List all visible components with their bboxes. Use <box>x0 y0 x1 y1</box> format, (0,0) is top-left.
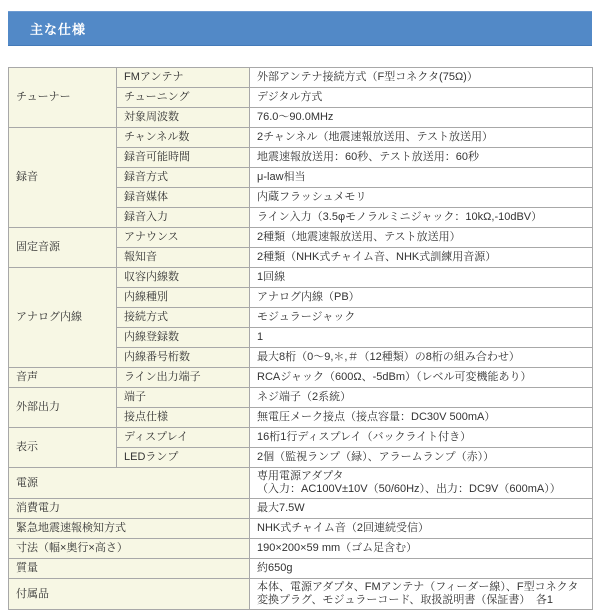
value-cell: 1回線 <box>250 268 593 288</box>
spec-row: 音声ライン出力端子RCAジャック（600Ω、-5dBm）（レベル可変機能あり） <box>9 368 593 388</box>
spec-row: 録音チャンネル数2チャンネル（地震速報放送用、テスト放送用） <box>9 128 593 148</box>
param-cell: アナウンス <box>117 228 250 248</box>
param-cell: 内線登録数 <box>117 328 250 348</box>
param-cell: 録音入力 <box>117 208 250 228</box>
category-cell: 外部出力 <box>9 388 117 428</box>
param-cell: 対象周波数 <box>117 108 250 128</box>
spec-row: 寸法（幅×奥行×高さ）190×200×59 mm（ゴム足含む） <box>9 539 593 559</box>
category-cell: 寸法（幅×奥行×高さ） <box>9 539 250 559</box>
value-cell: 最大7.5W <box>250 499 593 519</box>
value-cell: 専用電源アダプタ （入力：AC100V±10V（50/60Hz）、出力：DC9V… <box>250 468 593 499</box>
value-cell: 2チャンネル（地震速報放送用、テスト放送用） <box>250 128 593 148</box>
category-cell: アナログ内線 <box>9 268 117 368</box>
value-cell: モジュラージャック <box>250 308 593 328</box>
value-cell: 16桁1行ディスプレイ（バックライト付き） <box>250 428 593 448</box>
param-cell: FMアンテナ <box>117 68 250 88</box>
spec-row: 質量約650g <box>9 559 593 579</box>
value-cell: 190×200×59 mm（ゴム足含む） <box>250 539 593 559</box>
param-cell: ライン出力端子 <box>117 368 250 388</box>
spec-row: 固定音源アナウンス2種類（地震速報放送用、テスト放送用） <box>9 228 593 248</box>
value-cell: ライン入力（3.5φモノラルミニジャック：10kΩ,-10dBV） <box>250 208 593 228</box>
section-header: 主な仕様 <box>8 11 592 46</box>
value-cell: RCAジャック（600Ω、-5dBm）（レベル可変機能あり） <box>250 368 593 388</box>
param-cell: 端子 <box>117 388 250 408</box>
value-cell: μ-law相当 <box>250 168 593 188</box>
param-cell: 録音方式 <box>117 168 250 188</box>
category-cell: チューナー <box>9 68 117 128</box>
category-cell: 付属品 <box>9 579 250 610</box>
value-cell: 外部アンテナ接続方式（F型コネクタ(75Ω)） <box>250 68 593 88</box>
param-cell: 接続方式 <box>117 308 250 328</box>
value-cell: 最大8桁（0～9,＊,＃（12種類）の8桁の組み合わせ） <box>250 348 593 368</box>
param-cell: 内線番号桁数 <box>117 348 250 368</box>
param-cell: 録音媒体 <box>117 188 250 208</box>
value-cell: 2種類（NHK式チャイム音、NHK式訓練用音源） <box>250 248 593 268</box>
category-cell: 消費電力 <box>9 499 250 519</box>
category-cell: 表示 <box>9 428 117 468</box>
param-cell: 接点仕様 <box>117 408 250 428</box>
value-cell: 内蔵フラッシュメモリ <box>250 188 593 208</box>
spacer <box>8 46 592 67</box>
param-cell: LEDランプ <box>117 448 250 468</box>
category-cell: 固定音源 <box>9 228 117 268</box>
param-cell: チューニング <box>117 88 250 108</box>
category-cell: 質量 <box>9 559 250 579</box>
param-cell: チャンネル数 <box>117 128 250 148</box>
value-cell: ネジ端子（2系統） <box>250 388 593 408</box>
value-cell: アナログ内線（PB） <box>250 288 593 308</box>
param-cell: 収容内線数 <box>117 268 250 288</box>
spec-row: 電源専用電源アダプタ （入力：AC100V±10V（50/60Hz）、出力：DC… <box>9 468 593 499</box>
value-cell: 約650g <box>250 559 593 579</box>
param-cell: 内線種別 <box>117 288 250 308</box>
spec-row: チューナーFMアンテナ外部アンテナ接続方式（F型コネクタ(75Ω)） <box>9 68 593 88</box>
category-cell: 音声 <box>9 368 117 388</box>
param-cell: ディスプレイ <box>117 428 250 448</box>
category-cell: 電源 <box>9 468 250 499</box>
category-cell: 録音 <box>9 128 117 228</box>
value-cell: 無電圧メーク接点（接点容量：DC30V 500mA） <box>250 408 593 428</box>
param-cell: 報知音 <box>117 248 250 268</box>
value-cell: 本体、電源アダプタ、FMアンテナ（フィーダー線）、F型コネクタ変換プラグ、モジュ… <box>250 579 593 610</box>
value-cell: NHK式チャイム音（2回連続受信） <box>250 519 593 539</box>
spec-row: 外部出力端子ネジ端子（2系統） <box>9 388 593 408</box>
value-cell: 76.0～90.0MHz <box>250 108 593 128</box>
spec-row: 緊急地震速報検知方式NHK式チャイム音（2回連続受信） <box>9 519 593 539</box>
param-cell: 録音可能時間 <box>117 148 250 168</box>
spec-row: 表示ディスプレイ16桁1行ディスプレイ（バックライト付き） <box>9 428 593 448</box>
spec-row: アナログ内線収容内線数1回線 <box>9 268 593 288</box>
value-cell: 1 <box>250 328 593 348</box>
spec-row: 消費電力最大7.5W <box>9 499 593 519</box>
value-cell: 2種類（地震速報放送用、テスト放送用） <box>250 228 593 248</box>
spec-row: 付属品本体、電源アダプタ、FMアンテナ（フィーダー線）、F型コネクタ変換プラグ、… <box>9 579 593 610</box>
value-cell: 地震速報放送用：60秒、テスト放送用：60秒 <box>250 148 593 168</box>
value-cell: 2個（監視ランプ（緑）、アラームランプ（赤）） <box>250 448 593 468</box>
spec-page: 主な仕様 チューナーFMアンテナ外部アンテナ接続方式（F型コネクタ(75Ω)）チ… <box>0 0 600 610</box>
spec-table: チューナーFMアンテナ外部アンテナ接続方式（F型コネクタ(75Ω)）チューニング… <box>8 67 593 610</box>
page-title: 主な仕様 <box>30 22 86 37</box>
category-cell: 緊急地震速報検知方式 <box>9 519 250 539</box>
value-cell: デジタル方式 <box>250 88 593 108</box>
